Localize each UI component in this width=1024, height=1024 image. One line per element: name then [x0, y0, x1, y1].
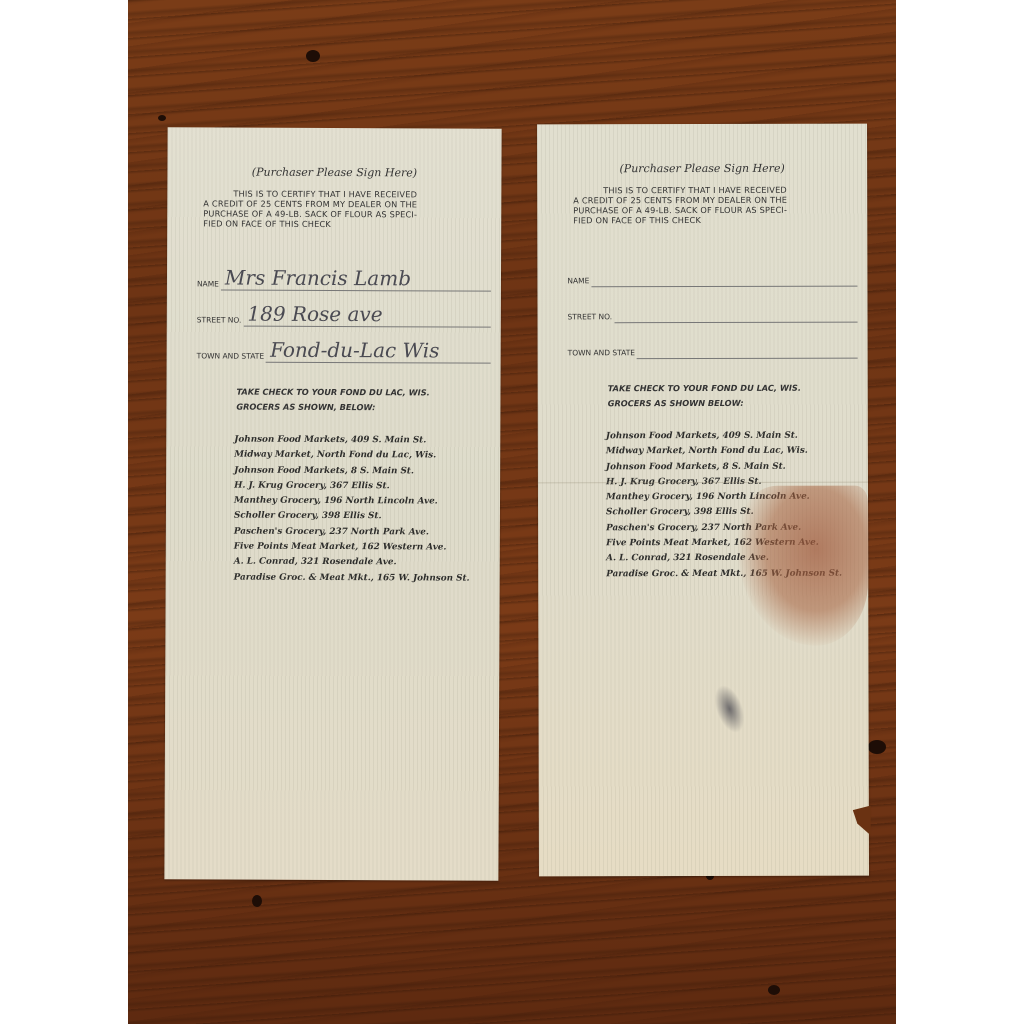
- sign-here-caption: (Purchaser Please Sign Here): [537, 162, 867, 176]
- take-check-instruction: TAKE CHECK TO YOUR FOND DU LAC, WIS. GRO…: [608, 381, 868, 412]
- grocer-item: Johnson Food Markets, 8 S. Main St.: [606, 459, 868, 475]
- wood-knot: [158, 115, 166, 121]
- grocer-item: Paradise Groc. & Meat Mkt., 165 W. Johns…: [234, 570, 500, 586]
- name-label: NAME: [567, 276, 589, 287]
- street-label: STREET NO.: [568, 312, 613, 323]
- wood-knot: [768, 985, 780, 995]
- town-handwritten-value: Fond-du-Lac Wis: [266, 338, 491, 364]
- grocer-item: Five Points Meat Market, 162 Western Ave…: [234, 540, 500, 556]
- flour-credit-check-signed: (Purchaser Please Sign Here) THIS IS TO …: [164, 127, 501, 880]
- street-handwritten-value: 189 Rose ave: [243, 302, 491, 328]
- grocer-item: Manthey Grocery, 196 North Lincoln Ave.: [234, 494, 500, 510]
- name-handwritten-value: Mrs Francis Lamb: [221, 266, 491, 292]
- grocer-item: Scholler Grocery, 398 Ellis St.: [234, 509, 500, 525]
- grocer-item: Johnson Food Markets, 8 S. Main St.: [234, 463, 500, 479]
- grocer-item: Johnson Food Markets, 409 S. Main St.: [606, 429, 868, 445]
- instruction-line: GROCERS AS SHOWN, BELOW:: [236, 400, 500, 416]
- name-blank-line: [591, 262, 857, 288]
- certify-line: A CREDIT OF 25 CENTS FROM MY DEALER ON T…: [573, 195, 839, 206]
- certification-text: THIS IS TO CERTIFY THAT I HAVE RECEIVED …: [573, 185, 839, 226]
- town-label: TOWN AND STATE: [568, 348, 635, 359]
- purchaser-fields: NAME Mrs Francis Lamb STREET NO. 189 Ros…: [197, 254, 491, 363]
- grocer-item: Midway Market, North Fond du Lac, Wis.: [234, 448, 500, 464]
- torn-corner: [841, 806, 871, 836]
- grocer-item: Johnson Food Markets, 409 S. Main St.: [234, 433, 500, 449]
- certify-line: THIS IS TO CERTIFY THAT I HAVE RECEIVED: [573, 185, 839, 196]
- instruction-line: GROCERS AS SHOWN BELOW:: [608, 396, 868, 412]
- grocer-item: Midway Market, North Fond du Lac, Wis.: [606, 444, 868, 460]
- town-label: TOWN AND STATE: [197, 351, 264, 362]
- purchaser-fields: NAME STREET NO. TOWN AND STATE: [567, 251, 857, 360]
- grocer-item: Paschen's Grocery, 237 North Park Ave.: [234, 524, 500, 540]
- name-label: NAME: [197, 279, 219, 290]
- grocer-item: A. L. Conrad, 321 Rosendale Ave.: [234, 555, 500, 571]
- wood-knot: [252, 895, 262, 907]
- water-stain: [738, 486, 868, 646]
- instruction-line: TAKE CHECK TO YOUR FOND DU LAC, WIS.: [608, 381, 868, 397]
- street-field: STREET NO.: [567, 287, 857, 324]
- town-field: TOWN AND STATE: [568, 323, 858, 360]
- certify-line: PURCHASE OF A 49-LB. SACK OF FLOUR AS SP…: [573, 205, 839, 216]
- take-check-instruction: TAKE CHECK TO YOUR FOND DU LAC, WIS. GRO…: [236, 385, 500, 416]
- street-label: STREET NO.: [197, 315, 242, 326]
- wood-knot: [868, 740, 886, 754]
- instruction-line: TAKE CHECK TO YOUR FOND DU LAC, WIS.: [236, 385, 500, 401]
- wood-knot: [306, 50, 320, 62]
- name-field: NAME: [567, 251, 857, 288]
- wood-table-photo: (Purchaser Please Sign Here) THIS IS TO …: [128, 0, 896, 1024]
- name-field: NAME Mrs Francis Lamb: [197, 254, 491, 291]
- certify-line: FIED ON FACE OF THIS CHECK: [203, 218, 473, 229]
- street-field: STREET NO. 189 Rose ave: [197, 290, 491, 327]
- grocer-item: H. J. Krug Grocery, 367 Ellis St.: [234, 478, 500, 494]
- town-blank-line: [637, 334, 858, 360]
- town-field: TOWN AND STATE Fond-du-Lac Wis: [197, 326, 491, 363]
- sign-here-caption: (Purchaser Please Sign Here): [167, 165, 501, 179]
- flour-credit-check-blank: (Purchaser Please Sign Here) THIS IS TO …: [537, 124, 869, 877]
- certify-line: FIED ON FACE OF THIS CHECK: [573, 215, 839, 226]
- grocer-list: Johnson Food Markets, 409 S. Main St. Mi…: [234, 433, 501, 587]
- ink-smudge: [709, 681, 751, 737]
- certification-text: THIS IS TO CERTIFY THAT I HAVE RECEIVED …: [203, 188, 473, 229]
- street-blank-line: [614, 298, 857, 324]
